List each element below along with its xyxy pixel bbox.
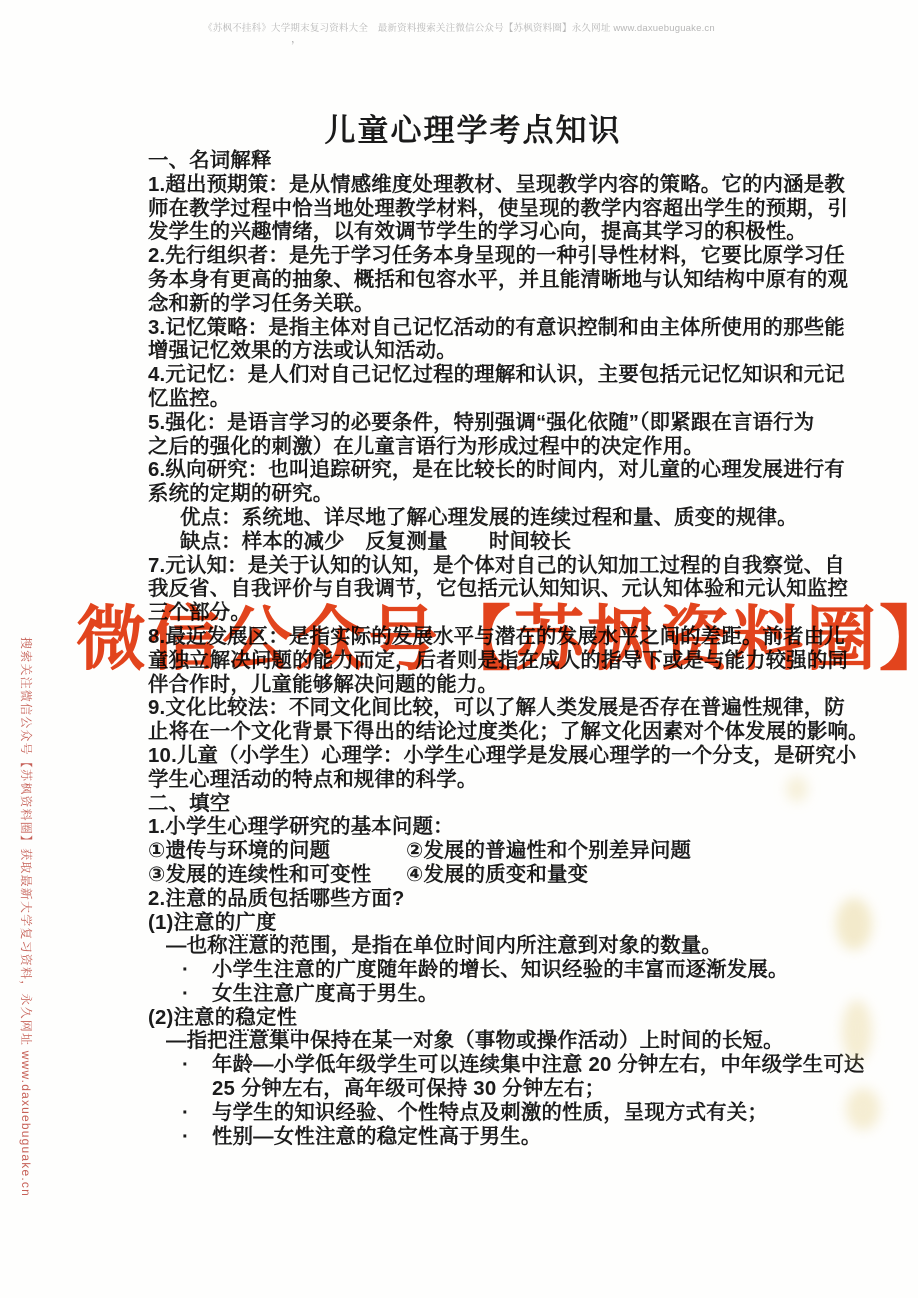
fill-option-4: ④发展的质变和量变 xyxy=(406,864,588,886)
section-heading-fill-blanks: 二、填空 xyxy=(148,793,808,817)
subheading-prefix: (1)注意的 xyxy=(148,912,235,934)
advantage-line: 优点：系统地、详尽地了解心理发展的连续过程和量、质变的规律。 xyxy=(148,507,808,531)
doc-line: 2.注意的品质包括哪些方面? xyxy=(148,888,808,912)
doc-line: 5.强化：是语言学习的必要条件，特别强调“强化依随”（即紧跟在言语行为 xyxy=(148,412,808,436)
disadvantage-line: 缺点：样本的减少 反复测量 时间较长 xyxy=(148,531,808,555)
bullet-text: 性别—女性注意的稳定性高于男生。 xyxy=(212,1126,541,1148)
fill-option-3: ③发展的连续性和可变性 xyxy=(148,864,406,888)
header-stray-mark: ， xyxy=(291,30,302,46)
bullet-text: 年龄—小学低年级学生可以连续集中注意 20 分钟左右，中年级学生可达 xyxy=(212,1054,865,1076)
doc-title: 儿童心理学考点知识 xyxy=(148,105,798,150)
underlined-term: 广度 xyxy=(235,912,276,936)
bullet-item: ·年龄—小学低年级学生可以连续集中注意 20 分钟左右，中年级学生可达 xyxy=(148,1054,808,1078)
underlined-term: 稳定性 xyxy=(235,1007,297,1031)
section-heading-definitions: 一、名词解释 xyxy=(148,150,808,174)
bullet-icon: · xyxy=(182,1054,212,1078)
scanned-document-page: 《苏枫不挂科》大学期末复习资料大全 最新资料搜索关注微信公众号【苏枫资料圈】永久… xyxy=(0,0,918,1298)
bullet-icon: · xyxy=(182,1102,212,1126)
bullet-text: 与学生的知识经验、个性特点及刺激的性质，呈现方式有关； xyxy=(212,1102,768,1124)
scan-stain xyxy=(836,898,872,950)
scan-stain xyxy=(786,776,808,802)
doc-line: 4.元记忆：是人们对自己记忆过程的理解和认识，主要包括元记忆知识和元记 xyxy=(148,364,808,388)
fill-option-1: ①遗传与环境的问题 xyxy=(148,840,406,864)
doc-line: 1.超出预期策：是从情感维度处理教材、呈现教学内容的策略。它的内涵是教 xyxy=(148,174,808,198)
doc-line: 师在教学过程中恰当地处理教学材料，使呈现的教学内容超出学生的预期，引 xyxy=(148,198,808,222)
subheading-attention-breadth: (1)注意的广度 xyxy=(148,912,808,936)
doc-line: 我反省、自我评价与自我调节，它包括元认知知识、元认知体验和元认知监控 xyxy=(148,578,808,602)
scan-stain xyxy=(846,1088,880,1130)
subheading-prefix: (2)注意的 xyxy=(148,1007,235,1029)
bullet-item: ·小学生注意的广度随年龄的增长、知识经验的丰富而逐渐发展。 xyxy=(148,959,808,983)
bullet-continuation-line: 25 分钟左右，高年级可保持 30 分钟左右； xyxy=(148,1078,808,1102)
bullet-item: ·女生注意广度高于男生。 xyxy=(148,983,808,1007)
doc-line: 止将在一个文化背景下得出的结论过度类化；了解文化因素对个体发展的影响。 xyxy=(148,721,808,745)
bullet-icon: · xyxy=(182,983,212,1007)
doc-line: 念和新的学习任务关联。 xyxy=(148,293,808,317)
fill-option-row: ①遗传与环境的问题②发展的普遍性和个别差异问题 xyxy=(148,840,808,864)
fill-option-2: ②发展的普遍性和个别差异问题 xyxy=(406,840,691,862)
doc-line: 忆监控。 xyxy=(148,388,808,412)
doc-line: 发学生的兴趣情绪，以有效调节学生的学习心向，提高其学习的积极性。 xyxy=(148,221,808,245)
bullet-text: 小学生注意的广度随年龄的增长、知识经验的丰富而逐渐发展。 xyxy=(212,959,789,981)
watermark-overlay: 微信公众号【苏枫资料圈】 xyxy=(76,601,916,681)
dash-definition-line: —也称注意的范围，是指在单位时间内所注意到对象的数量。 xyxy=(148,935,808,959)
doc-line: 之后的强化的刺激）在儿童言语行为形成过程中的决定作用。 xyxy=(148,436,808,460)
scan-stain xyxy=(842,1000,872,1062)
side-watermark-vertical: 搜索关注微信公众号【苏枫资料圈】获取最新大学复习资料，永久网址 www.daxu… xyxy=(19,637,33,1083)
bullet-item: ·与学生的知识经验、个性特点及刺激的性质，呈现方式有关； xyxy=(148,1102,808,1126)
doc-line: 7.元认知：是关于认知的认知，是个体对自己的认知加工过程的自我察觉、自 xyxy=(148,555,808,579)
doc-line: 务本身有更高的抽象、概括和包容水平，并且能清晰地与认知结构中原有的观 xyxy=(148,269,808,293)
page-header-note: 《苏枫不挂科》大学期末复习资料大全 最新资料搜索关注微信公众号【苏枫资料圈】永久… xyxy=(0,20,918,34)
fill-option-row: ③发展的连续性和可变性④发展的质变和量变 xyxy=(148,864,808,888)
bullet-item: ·性别—女性注意的稳定性高于男生。 xyxy=(148,1126,808,1150)
doc-line: 2.先行组织者：是先于学习任务本身呈现的一种引导性材料，它要比原学习任 xyxy=(148,245,808,269)
doc-line: 9.文化比较法：不同文化间比较，可以了解人类发展是否存在普遍性规律，防 xyxy=(148,697,808,721)
bullet-text: 女生注意广度高于男生。 xyxy=(212,983,439,1005)
doc-line: 10.儿童（小学生）心理学：小学生心理学是发展心理学的一个分支，是研究小 xyxy=(148,745,808,769)
doc-line: 3.记忆策略：是指主体对自己记忆活动的有意识控制和由主体所使用的那些能 xyxy=(148,317,808,341)
doc-line: 增强记忆效果的方法或认知活动。 xyxy=(148,340,808,364)
doc-line: 系统的定期的研究。 xyxy=(148,483,808,507)
dash-definition-line: —指把注意集中保持在某一对象（事物或操作活动）上时间的长短。 xyxy=(148,1030,808,1054)
doc-line: 1.小学生心理学研究的基本问题： xyxy=(148,816,808,840)
bullet-icon: · xyxy=(182,1126,212,1150)
subheading-attention-stability: (2)注意的稳定性 xyxy=(148,1007,808,1031)
doc-line: 学生心理活动的特点和规律的科学。 xyxy=(148,769,808,793)
bullet-icon: · xyxy=(182,959,212,983)
doc-line: 6.纵向研究：也叫追踪研究，是在比较长的时间内，对儿童的心理发展进行有 xyxy=(148,459,808,483)
